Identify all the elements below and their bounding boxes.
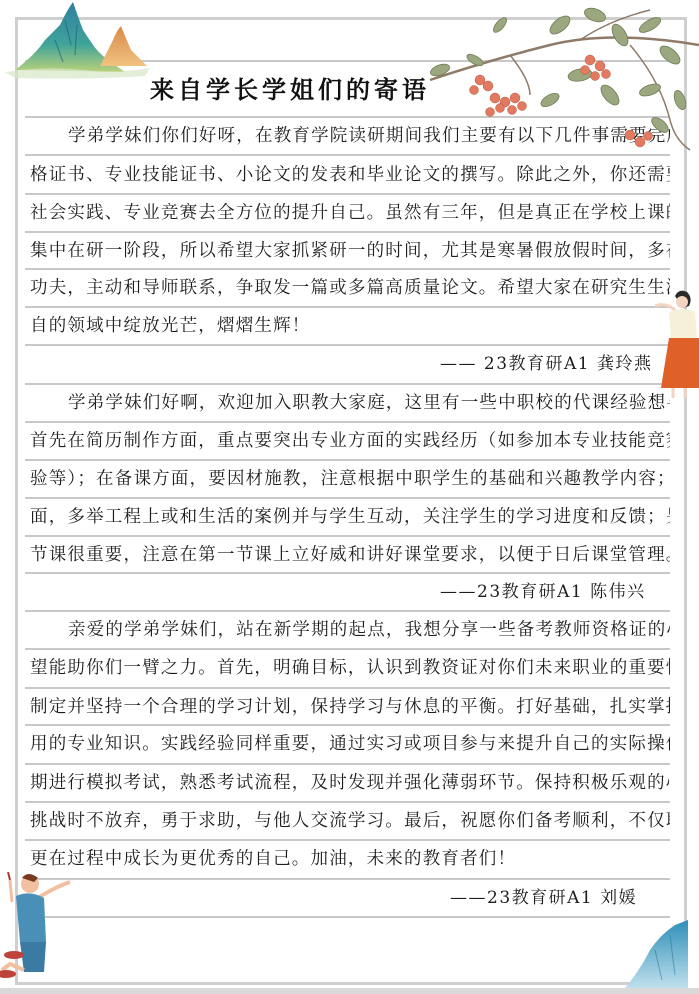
letter-line: 学弟学妹们好啊，欢迎加入职教大家庭，这里有一些中职校的代课经验想与你们分享，: [30, 387, 670, 419]
ruled-line: [25, 687, 670, 689]
letter-line: 亲爱的学弟学妹们，站在新学期的起点，我想分享一些备考教师资格证的心得，希: [30, 614, 670, 646]
ruled-line: [25, 193, 670, 195]
ruled-line: [25, 763, 670, 765]
ruled-line: [25, 306, 670, 308]
letter-line: 望能助你们一臂之力。首先，明确目标，认识到教资证对你们未来职业的重要性。然后，: [30, 652, 670, 684]
letter-line: 格证书、专业技能证书、小论文的发表和毕业论文的撰写。除此之外，你还需要通过参加: [30, 159, 670, 191]
letter-line: 社会实践、专业竞赛去全方位的提升自己。虽然有三年，但是真正在学校上课的时间主要: [30, 197, 670, 229]
boy-jumping-illustration-icon: [0, 872, 75, 984]
ruled-line: [25, 383, 670, 385]
letter-line: 验等）；在备课方面，要因材施教，注意根据中职学生的基础和兴趣教学内容；在授课方: [30, 463, 670, 495]
ruled-line: [25, 839, 670, 841]
ruled-line: [25, 878, 670, 880]
page-title: 来自学长学姐们的寄语: [150, 72, 450, 108]
blue-mountain-illustration-icon: [620, 920, 690, 990]
letter-line: 挑战时不放弃，勇于求助，与他人交流学习。最后，祝愿你们备考顺利，不仅取得好成绩，: [30, 805, 670, 837]
letter-line: 集中在研一阶段，所以希望大家抓紧研一的时间，尤其是寒暑假放假时间，多在论文上下: [30, 235, 670, 267]
letter-line: 节课很重要，注意在第一节课上立好威和讲好课堂要求，以便于日后课堂管理。: [30, 539, 670, 571]
ruled-line: [25, 268, 670, 270]
ruled-line: [25, 535, 670, 537]
ruled-line: [25, 421, 670, 423]
signature: ——23教育研A1 刘媛: [450, 882, 637, 914]
letter-line: 期进行模拟考试，熟悉考试流程，及时发现并强化薄弱环节。保持积极乐观的心态，面对: [30, 767, 670, 799]
ruled-line: [25, 344, 670, 346]
ruled-line: [25, 648, 670, 650]
letter-line: 自的领域中绽放光芒，熠熠生辉！: [30, 310, 670, 342]
signature: —— 23教育研A1 龚玲燕: [440, 348, 653, 380]
ruled-line: [25, 231, 670, 233]
ruled-line: [25, 572, 670, 574]
ruled-line: [25, 610, 670, 612]
bottom-bar: [0, 988, 699, 994]
ruled-line: [25, 724, 670, 726]
ruled-line: [25, 459, 670, 461]
berry-branch-illustration-icon: [420, 0, 699, 160]
ruled-line: [25, 801, 670, 803]
letter-line: 面，多举工程上或和生活的案例并与学生互动，关注学生的学习进度和反馈；另外，第一: [30, 501, 670, 533]
letter-line: 更在过程中成长为更优秀的自己。加油，未来的教育者们！: [30, 843, 670, 875]
girl-illustration-icon: [655, 288, 699, 398]
signature: ——23教育研A1 陈伟兴: [440, 576, 646, 608]
ruled-line: [25, 916, 670, 918]
ruled-line: [25, 497, 670, 499]
letter-line: 首先在简历制作方面，重点要突出专业方面的实践经历（如参加本专业技能竞赛和项目经: [30, 425, 670, 457]
letter-line: 功夫，主动和导师联系，争取发一篇或多篇高质量论文。希望大家在研究生生活中，在各: [30, 272, 670, 304]
letter-line: 制定并坚持一个合理的学习计划，保持学习与休息的平衡。打好基础，扎实掌握计算机应: [30, 691, 670, 723]
letter-line: 用的专业知识。实践经验同样重要，通过实习或项目参与来提升自己的实际操作能力。定: [30, 728, 670, 760]
mountain-illustration-icon: [5, 0, 155, 80]
